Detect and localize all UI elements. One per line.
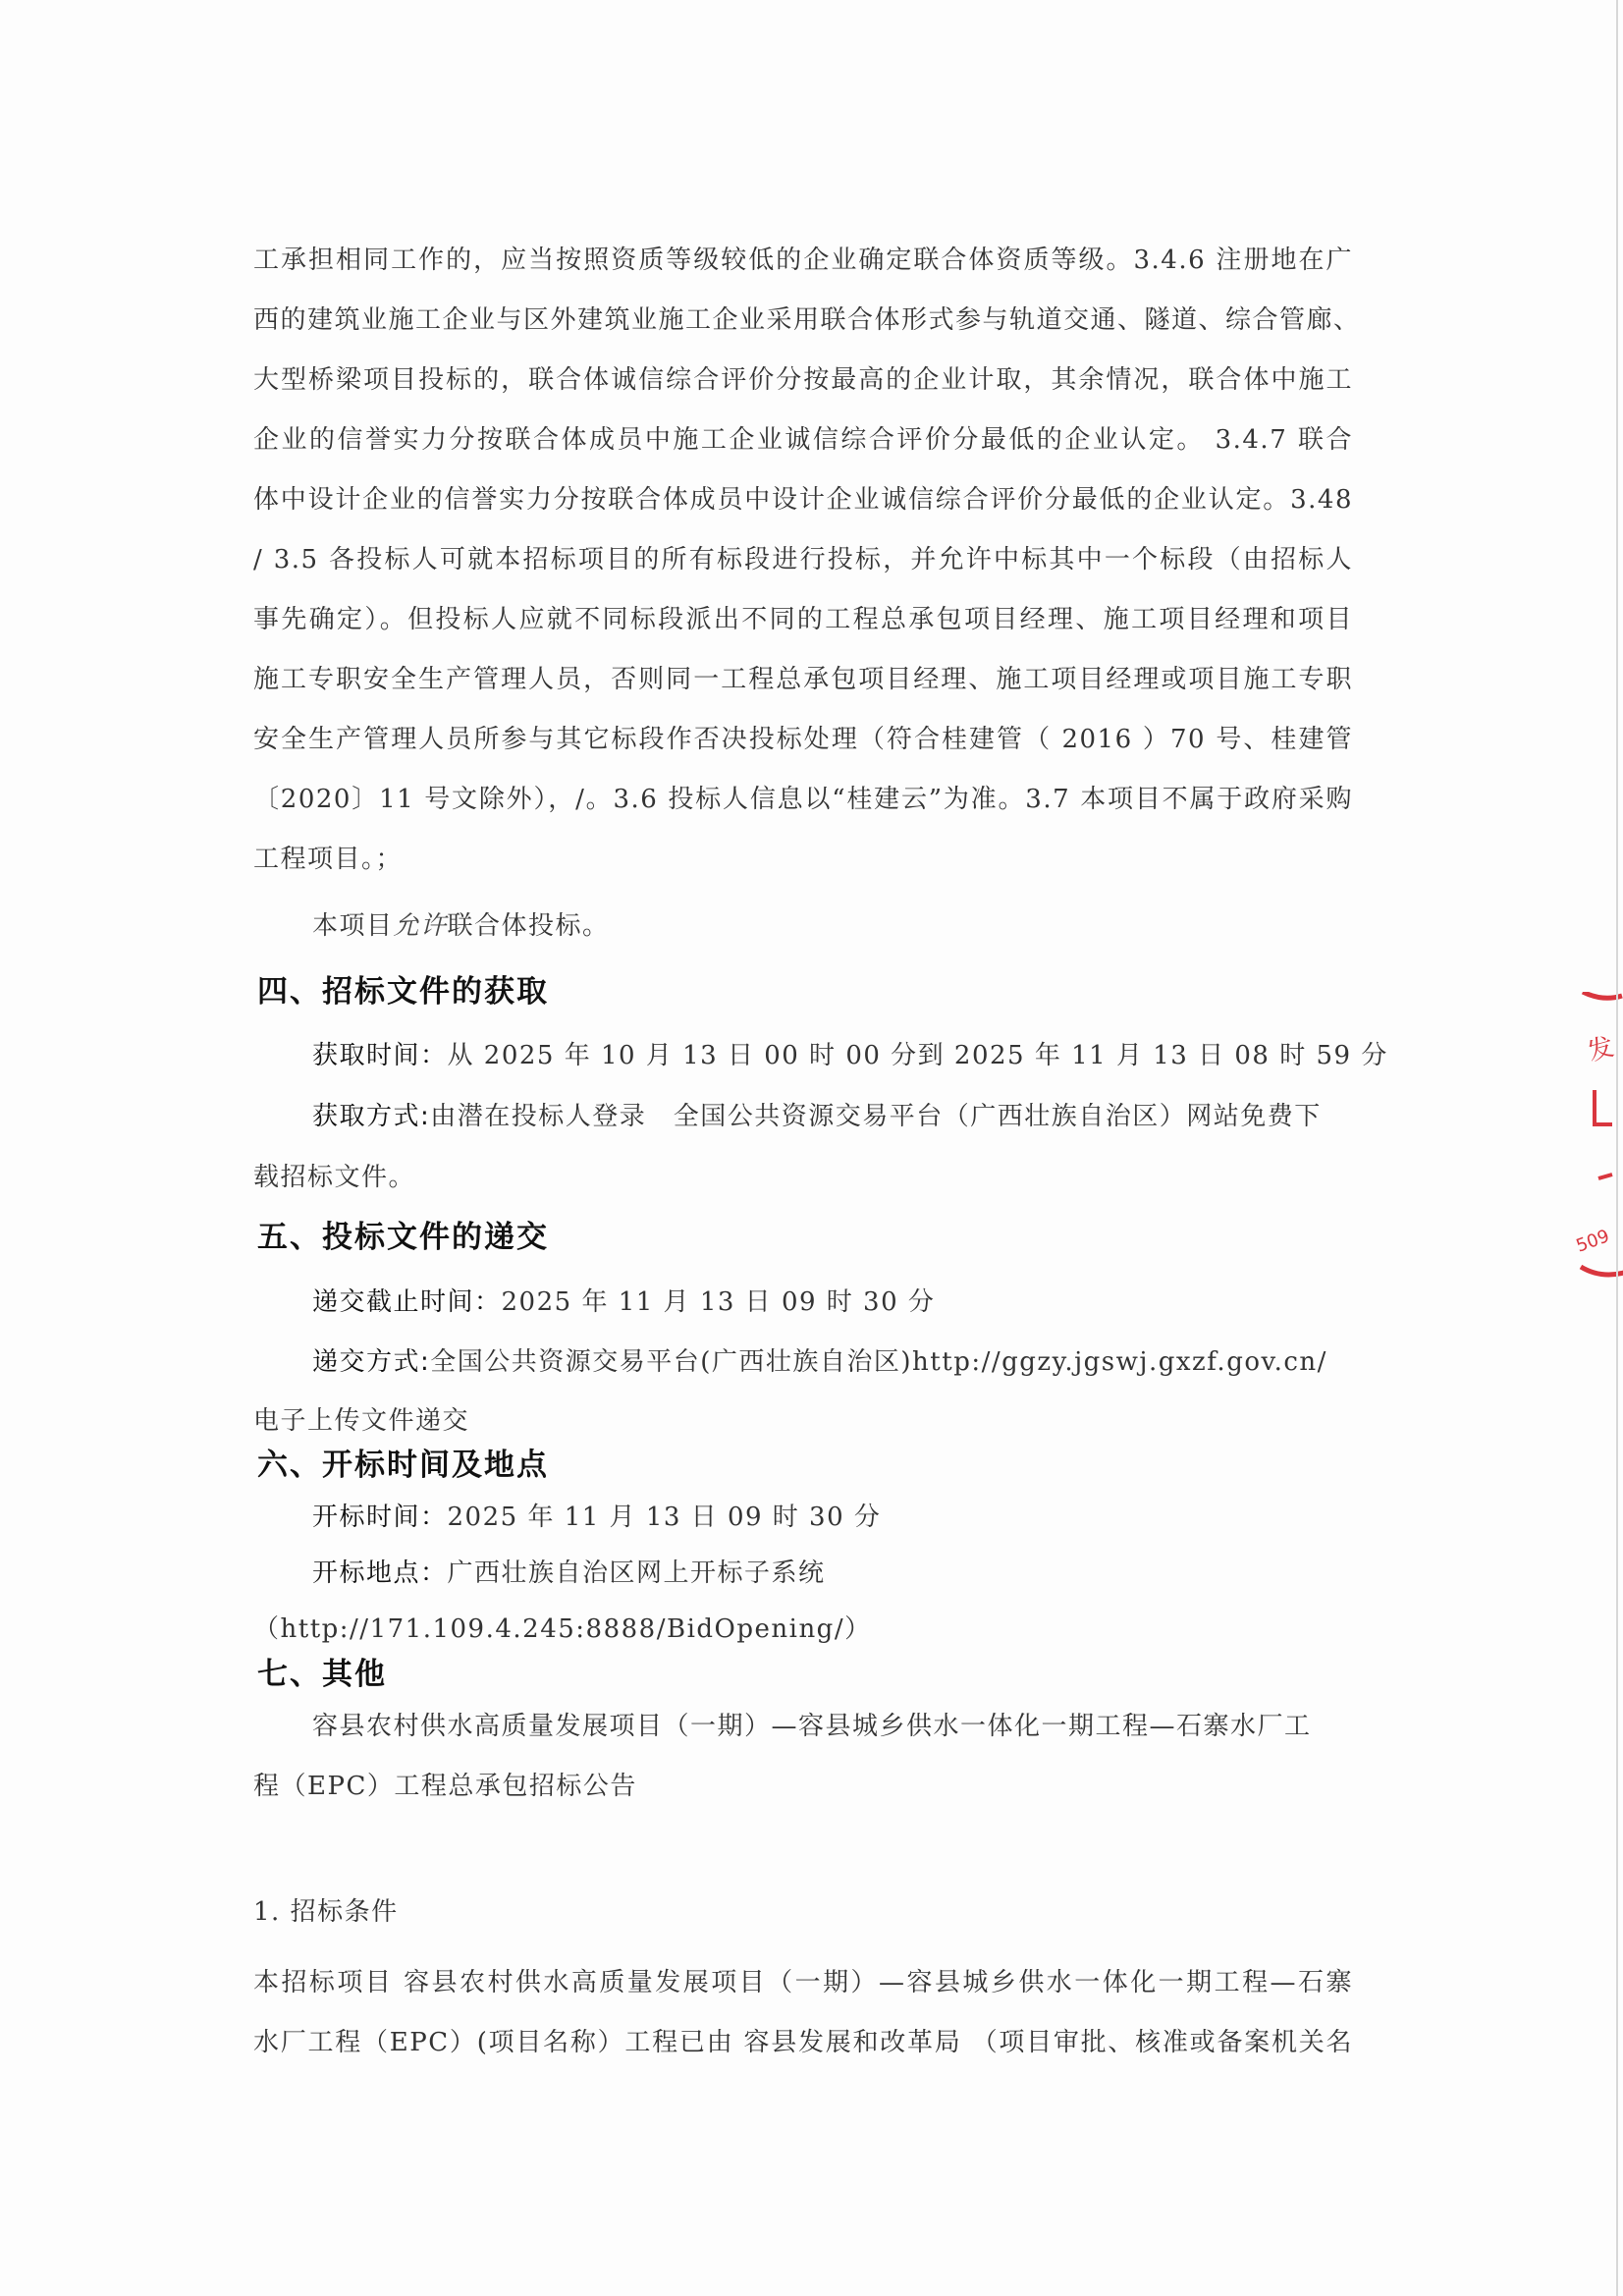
submission-method-label: 递交方式:: [312, 1347, 430, 1377]
submission-method: 递交方式:全国公共资源交易平台(广西壮族自治区)http://ggzy.jgsw…: [312, 1345, 1327, 1379]
acquisition-method-label: 获取方式:: [312, 1102, 430, 1131]
consortium-note-value: 允许: [394, 911, 448, 941]
svg-text:509: 509: [1574, 1226, 1612, 1256]
section-heading-7: 七、其他: [257, 1655, 387, 1694]
submission-deadline-value: 2025 年 11 月 13 日 09 时 30 分: [502, 1287, 936, 1317]
other-line: 容县农村供水高质量发展项目（一期）—容县城乡供水一体化一期工程—石寨水厂工: [312, 1710, 1312, 1743]
submission-deadline-label: 递交截止时间：: [312, 1287, 502, 1317]
paragraph-line: 事先确定）。但投标人应就不同标段派出不同的工程总承包项目经理、施工项目经理和项目: [253, 603, 1353, 636]
paragraph-line: 企业的信誉实力分按联合体成员中施工企业诚信综合评价分最低的企业认定。 3.4.7…: [253, 423, 1353, 457]
page-edge: [1616, 0, 1618, 2296]
appendix-heading: 1. 招标条件: [253, 1895, 1353, 1929]
paragraph-line: 施工专职安全生产管理人员，否则同一工程总承包项目经理、施工项目经理或项目施工专职: [253, 663, 1353, 696]
other-line: 程（EPC）工程总承包招标公告: [253, 1770, 1353, 1803]
paragraph-line: 安全生产管理人员所参与其它标段作否决投标处理（符合桂建管（ 2016 ）70 号…: [253, 723, 1353, 756]
paragraph-line: 工承担相同工作的，应当按照资质等级较低的企业确定联合体资质等级。3.4.6 注册…: [253, 244, 1353, 277]
acquisition-time: 获取时间：从 2025 年 10 月 13 日 00 时 00 分到 2025 …: [312, 1039, 1388, 1072]
opening-time-label: 开标时间：: [312, 1503, 448, 1532]
opening-time-value: 2025 年 11 月 13 日 09 时 30 分: [448, 1503, 882, 1532]
submission-method-continued: 电子上传文件递交: [253, 1404, 1353, 1438]
opening-place-value: 广西壮族自治区网上开标子系统: [448, 1558, 826, 1588]
acquisition-method: 获取方式:由潜在投标人登录 全国公共资源交易平台（广西壮族自治区）网站免费下: [312, 1100, 1322, 1133]
section-heading-6: 六、开标时间及地点: [257, 1446, 549, 1485]
paragraph-line: 〔2020〕11 号文除外），/。3.6 投标人信息以“桂建云”为准。3.7 本…: [253, 783, 1353, 816]
consortium-note-suffix: 联合体投标。: [448, 911, 610, 941]
paragraph-line: / 3.5 各投标人可就本招标项目的所有标段进行投标，并允许中标其中一个标段（由…: [253, 543, 1353, 576]
section-heading-5: 五、投标文件的递交: [257, 1218, 549, 1257]
document-page: 工承担相同工作的，应当按照资质等级较低的企业确定联合体资质等级。3.4.6 注册…: [0, 0, 1623, 2296]
appendix-line: 水厂工程（EPC）(项目名称）工程已由 容县发展和改革局 （项目审批、核准或备案…: [253, 2026, 1353, 2059]
opening-place-url[interactable]: （http://171.109.4.245:8888/BidOpening/）: [253, 1613, 1353, 1646]
submission-deadline: 递交截止时间：2025 年 11 月 13 日 09 时 30 分: [312, 1285, 935, 1319]
acquisition-method-continued: 载招标文件。: [253, 1161, 1353, 1194]
consortium-note-prefix: 本项目: [312, 911, 394, 941]
paragraph-line: 西的建筑业施工企业与区外建筑业施工企业采用联合体形式参与轨道交通、隧道、综合管廊…: [253, 303, 1353, 337]
submission-method-value[interactable]: 全国公共资源交易平台(广西壮族自治区)http://ggzy.jgswj.gxz…: [430, 1347, 1327, 1377]
consortium-note: 本项目允许联合体投标。: [312, 909, 610, 943]
appendix-line: 本招标项目 容县农村供水高质量发展项目（一期）—容县城乡供水一体化一期工程—石寨: [253, 1966, 1353, 1999]
section-heading-4: 四、招标文件的获取: [257, 972, 549, 1011]
opening-place: 开标地点：广西壮族自治区网上开标子系统: [312, 1557, 826, 1590]
paragraph-line: 大型桥梁项目投标的，联合体诚信综合评价分按最高的企业计取，其余情况，联合体中施工: [253, 363, 1353, 397]
paragraph-line: 体中设计企业的信誉实力分按联合体成员中设计企业诚信综合评价分最低的企业认定。3.…: [253, 483, 1353, 517]
opening-time: 开标时间：2025 年 11 月 13 日 09 时 30 分: [312, 1501, 881, 1534]
svg-text:发: 发: [1585, 1032, 1617, 1067]
acquisition-time-value: 从 2025 年 10 月 13 日 00 时 00 分到 2025 年 11 …: [448, 1041, 1388, 1070]
acquisition-method-value: 由潜在投标人登录 全国公共资源交易平台（广西壮族自治区）网站免费下: [430, 1102, 1322, 1131]
acquisition-time-label: 获取时间：: [312, 1041, 448, 1070]
paragraph-line: 工程项目。；: [253, 843, 1353, 876]
opening-place-label: 开标地点：: [312, 1558, 448, 1588]
